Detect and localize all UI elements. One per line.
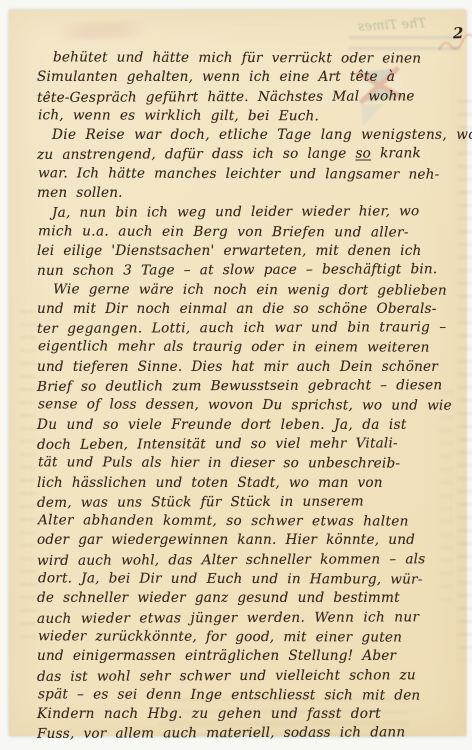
handwritten-line: auch wieder etwas jünger werden. Wenn ic… bbox=[37, 608, 461, 629]
handwritten-line: eigentlich mehr als traurig oder in eine… bbox=[38, 338, 462, 359]
handwritten-line: war. Ich hätte manches leichter und lang… bbox=[38, 164, 462, 185]
handwritten-line: ich, wenn es wirklich gilt, bei Euch. bbox=[38, 106, 462, 127]
letter-paper: The Times bbox=[9, 10, 466, 736]
handwritten-line: wird auch wohl, das Alter schneller komm… bbox=[37, 550, 461, 571]
handwritten-line: zu anstrengend, dafür dass ich so lange … bbox=[37, 145, 461, 166]
handwritten-line: ter gegangen. Lotti, auch ich war und bi… bbox=[37, 318, 461, 339]
handwritten-line: Die Reise war doch, etliche Tage lang we… bbox=[37, 126, 461, 145]
handwritten-line: Fuss, vor allem auch materiell, sodass i… bbox=[37, 723, 461, 744]
handwritten-line: Du und so viele Freunde dort leben. Ja, … bbox=[37, 416, 461, 435]
handwritten-line: Simulanten gehalten, wenn ich eine Art t… bbox=[37, 68, 461, 87]
handwritten-line: und mit Dir noch einmal an die so schöne… bbox=[37, 300, 461, 319]
handwritten-line: Alter abhanden kommt, so schwer etwas ha… bbox=[38, 511, 462, 532]
handwritten-line: sense of loss dessen, wovon Du sprichst,… bbox=[38, 396, 462, 417]
handwritten-line: men sollen. bbox=[37, 184, 461, 203]
handwritten-line: mich u.a. auch ein Berg von Briefen und … bbox=[38, 222, 462, 243]
handwritten-line: behütet und hätte mich für verrückt oder… bbox=[38, 48, 462, 69]
handwritten-line: nun schon 3 Tage – at slow pace – beschä… bbox=[37, 260, 461, 281]
bleed-through-smudge bbox=[57, 20, 148, 41]
handwritten-line: das ist wohl sehr schwer und vielleicht … bbox=[37, 666, 461, 687]
handwritten-line: de schneller wieder ganz gesund und best… bbox=[37, 589, 461, 608]
handwritten-line: dem, was uns Stück für Stück in unserem bbox=[37, 492, 461, 513]
handwritten-line: tät und Puls als hier in dieser so unbes… bbox=[38, 453, 462, 474]
letter-lines: behütet und hätte mich für verrückt oder… bbox=[37, 49, 461, 744]
handwritten-line: tête-Gespräch geführt hätte. Nächstes Ma… bbox=[37, 87, 461, 108]
handwritten-line: oder gar wiedergewinnen kann. Hier könnt… bbox=[37, 531, 461, 550]
handwritten-line: lich hässlichen und toten Stadt, wo man … bbox=[37, 474, 461, 493]
handwritten-line: Kindern nach Hbg. zu gehen und fasst dor… bbox=[37, 705, 461, 724]
letter-scan-page: The Times bbox=[0, 0, 472, 750]
handwritten-line: dort. Ja, bei Dir und Euch und in Hambur… bbox=[38, 569, 462, 590]
handwritten-line: lei eilige 'Dienstsachen' erwarteten, mi… bbox=[37, 242, 461, 261]
handwritten-line: Ja, nun bin ich weg und leider wieder hi… bbox=[37, 202, 461, 223]
page-number: 2 bbox=[453, 24, 472, 43]
handwritten-line: und tieferen Sinne. Dies hat mir auch De… bbox=[37, 358, 461, 377]
handwritten-line: wieder zurückkönnte, for good, mit einer… bbox=[38, 627, 462, 648]
handwritten-line: doch Leben, Intensität und so viel mehr … bbox=[37, 434, 461, 455]
handwritten-line: Brief so deutlich zum Bewusstsein gebrac… bbox=[37, 376, 461, 397]
bleed-through-script-text: The Times bbox=[327, 15, 458, 37]
bleed-through-text-column bbox=[20, 310, 36, 640]
handwritten-line: Wie gerne wäre ich noch ein wenig dort g… bbox=[38, 280, 462, 301]
handwritten-line: spät – es sei denn Inge entschliesst sic… bbox=[38, 685, 462, 706]
handwritten-line: und einigermassen einträglichen Stellung… bbox=[37, 647, 461, 666]
